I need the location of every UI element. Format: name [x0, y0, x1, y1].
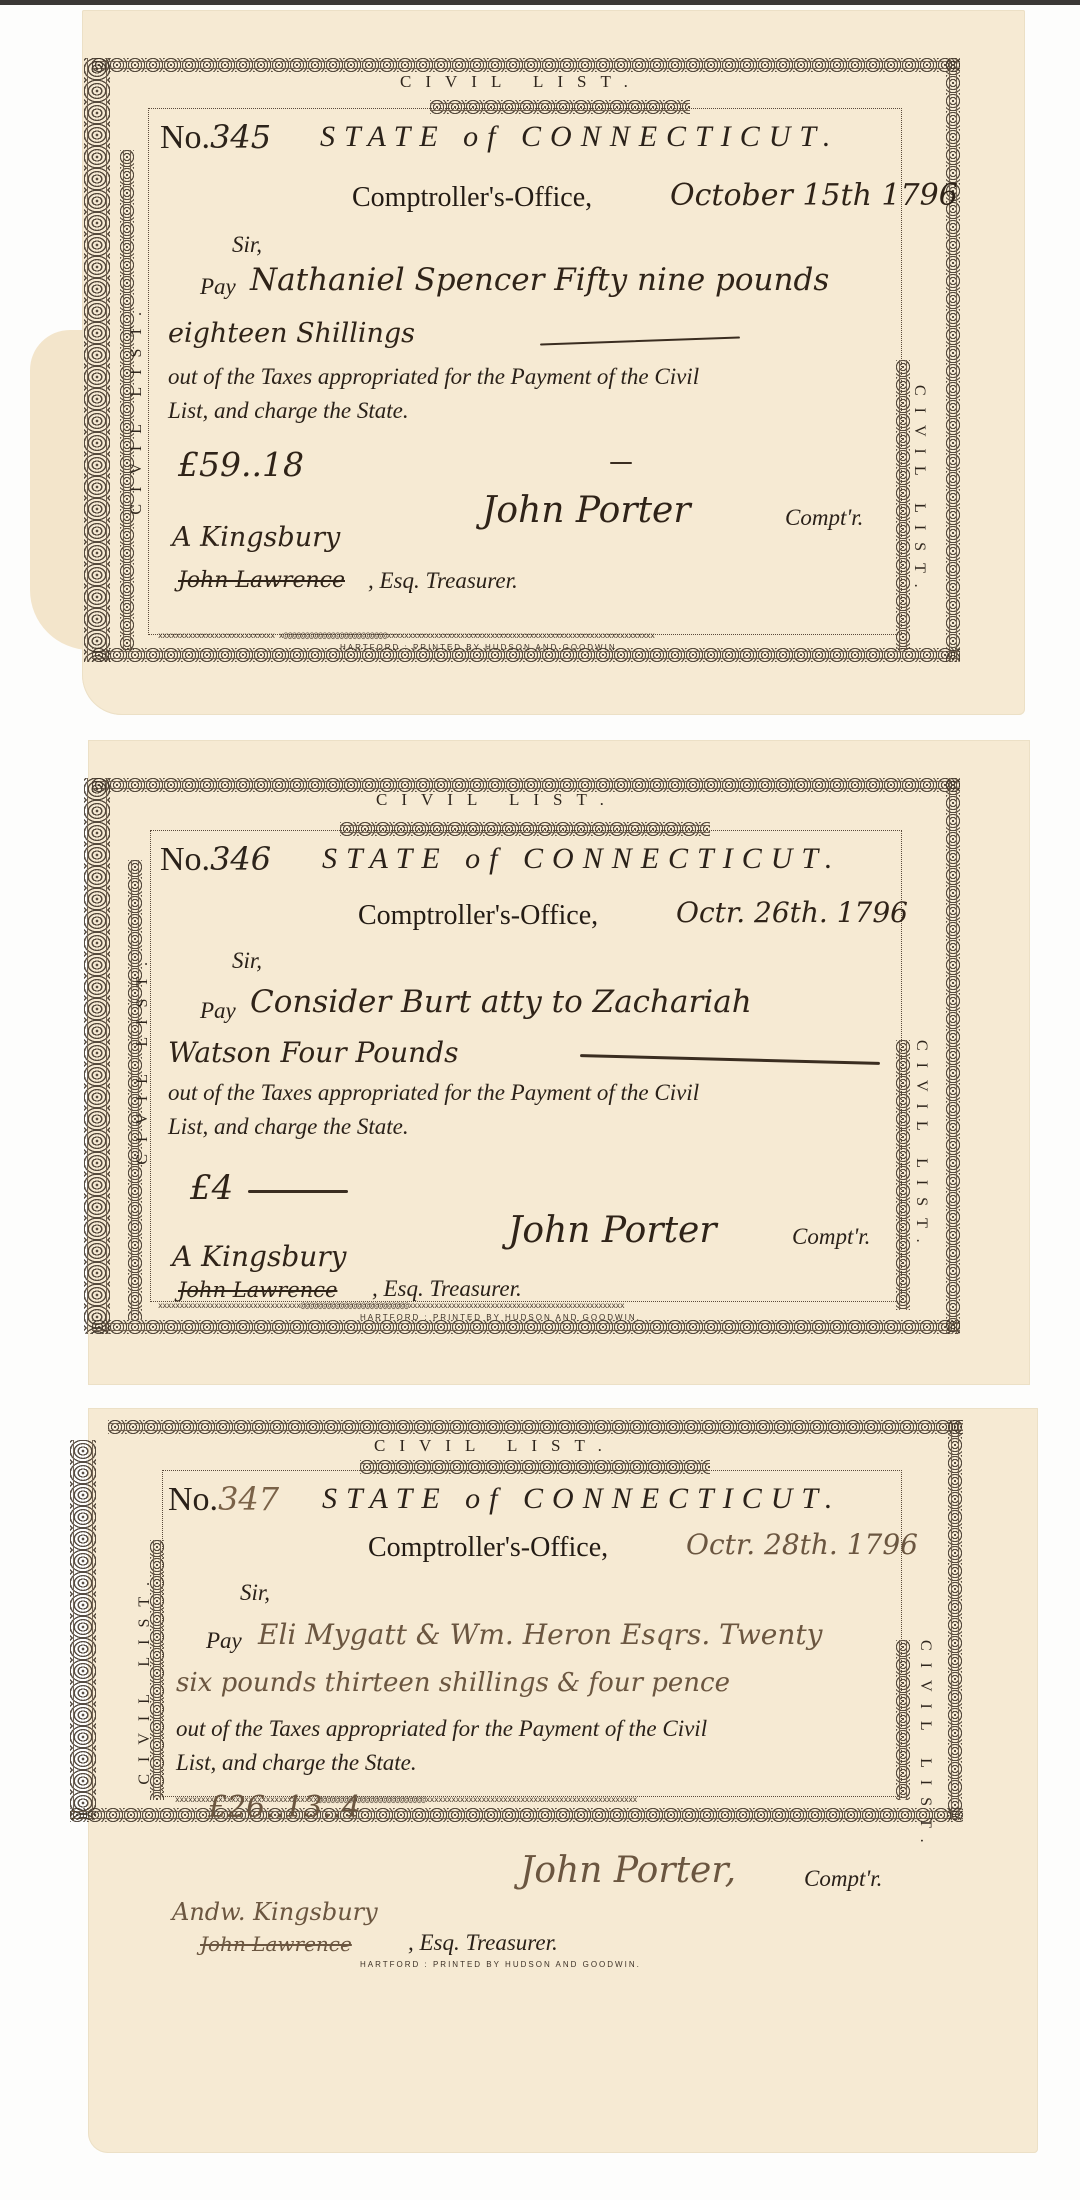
comptroller-title: Compt'r. [792, 1224, 870, 1250]
number-value: 345 [210, 118, 271, 156]
voucher-number: No.345 [160, 118, 271, 157]
voucher-number: No.347 [168, 1480, 279, 1519]
fill-line [248, 1190, 348, 1193]
voucher-date: Octr. 28th. 1796 [686, 1528, 918, 1561]
ornamental-border-right [946, 58, 960, 662]
payee-line-2: Watson Four Pounds [168, 1036, 458, 1069]
ornamental-border-top [108, 1420, 963, 1434]
treasurer-struck-name: John Lawrence [178, 1278, 337, 1302]
state-title: STATE of CONNECTICUT. [322, 842, 841, 876]
printer-imprint: HARTFORD : PRINTED BY HUDSON AND GOODWIN… [360, 1960, 641, 1969]
treasurer-struck-name: John Lawrence [178, 568, 345, 593]
ornamental-border-left [84, 778, 110, 1334]
scan-top-edge [0, 0, 1080, 5]
treasurer-suffix: , Esq. Treasurer. [368, 568, 518, 594]
amount: £59..18 [178, 445, 304, 484]
treasurer-signature: A Kingsbury [172, 1240, 346, 1273]
voucher-date: Octr. 26th. 1796 [676, 896, 908, 929]
voucher-number: No.346 [160, 840, 271, 879]
salutation: Sir, [240, 1580, 270, 1606]
printed-line-2: List, and charge the State. [168, 1114, 409, 1140]
civil-list-right-label: CIVIL LIST. [916, 1640, 934, 1855]
payee-line-2: six pounds thirteen shillings & four pen… [176, 1668, 730, 1698]
number-label: No. [168, 1481, 218, 1518]
payee-line-1: Consider Burt atty to Zachariah [250, 984, 752, 1020]
office-label: Comptroller's-Office, [358, 900, 598, 932]
ornamental-header-band [430, 100, 690, 114]
office-label: Comptroller's-Office, [352, 182, 592, 214]
comptroller-signature: John Porter, [520, 1850, 736, 1891]
civil-list-left-label: CIVIL LIST. [136, 1570, 154, 1785]
pay-label: Pay [200, 274, 236, 300]
printed-line-1: out of the Taxes appropriated for the Pa… [168, 364, 699, 390]
ornamental-border-left [84, 58, 110, 662]
treasurer-suffix: , Esq. Treasurer. [408, 1930, 558, 1956]
pay-label: Pay [206, 1628, 242, 1654]
state-title: STATE of CONNECTICUT. [322, 1482, 841, 1516]
number-value: 347 [218, 1480, 279, 1518]
treasurer-struck-name: John Lawrence [200, 1932, 352, 1956]
salutation: Sir, [232, 948, 262, 974]
civil-list-top-label: CIVIL LIST. [376, 790, 618, 810]
x-rule: xxxxxxxxxxxxxxxxxxxxxxxxxxxxxxxxx@@@@@@@… [158, 1302, 898, 1310]
ornamental-header-band [340, 822, 710, 836]
ornamental-border-left [70, 1440, 96, 1820]
x-rule: xxxxxxxxxxxxxxxxxxxxxxxxxxx x@@@@@@@@@@@… [158, 632, 898, 640]
civil-list-right-label: CIVIL LIST. [912, 1040, 930, 1255]
office-label: Comptroller's-Office, [368, 1532, 608, 1564]
comptroller-title: Compt'r. [785, 505, 863, 531]
number-label: No. [160, 119, 210, 156]
treasurer-signature: A Kingsbury [172, 522, 340, 553]
civil-list-left-label: CIVIL LIST. [128, 300, 146, 515]
ornamental-border-bottom [70, 1808, 963, 1822]
mark [610, 462, 632, 464]
payee-line-2: eighteen Shillings [168, 318, 415, 349]
pay-label: Pay [200, 998, 236, 1024]
civil-list-left-label: CIVIL LIST. [134, 950, 152, 1165]
ornamental-border-right [948, 1420, 962, 1820]
payee-line-1: Eli Mygatt & Wm. Heron Esqrs. Twenty [258, 1618, 822, 1651]
amount: £4 [190, 1168, 233, 1208]
ornamental-border-bottom [92, 1320, 960, 1334]
treasurer-suffix: , Esq. Treasurer. [372, 1276, 522, 1302]
civil-list-right-label: CIVIL LIST. [910, 385, 928, 600]
printed-line-1: out of the Taxes appropriated for the Pa… [176, 1716, 707, 1742]
civil-list-top-label: CIVIL LIST. [400, 72, 642, 92]
number-value: 346 [210, 840, 271, 878]
comptroller-signature: John Porter [508, 1210, 717, 1251]
comptroller-signature: John Porter [482, 490, 691, 531]
number-label: No. [160, 841, 210, 878]
printed-line-2: List, and charge the State. [176, 1750, 417, 1776]
ornamental-border-right [946, 778, 960, 1334]
payee-line-1: Nathaniel Spencer Fifty nine pounds [250, 262, 829, 298]
ornamental-border-top [92, 58, 960, 72]
comptroller-title: Compt'r. [804, 1866, 882, 1892]
torn-paper-edge [30, 330, 90, 650]
printer-imprint: HARTFORD : PRINTED BY HUDSON AND GOODWIN… [360, 1313, 641, 1322]
voucher-date: October 15th 1796 [670, 178, 958, 213]
salutation: Sir, [232, 232, 262, 258]
printer-imprint: HARTFORD : PRINTED BY HUDSON AND GOODWIN… [340, 643, 621, 652]
civil-list-top-label: CIVIL LIST. [374, 1436, 616, 1456]
printed-line-1: out of the Taxes appropriated for the Pa… [168, 1080, 699, 1106]
state-title: STATE of CONNECTICUT. [320, 120, 839, 154]
treasurer-signature: Andw. Kingsbury [172, 1898, 378, 1926]
printed-line-2: List, and charge the State. [168, 398, 409, 424]
ornamental-header-band [360, 1460, 710, 1474]
amount: £26..13..4 [208, 1790, 361, 1825]
